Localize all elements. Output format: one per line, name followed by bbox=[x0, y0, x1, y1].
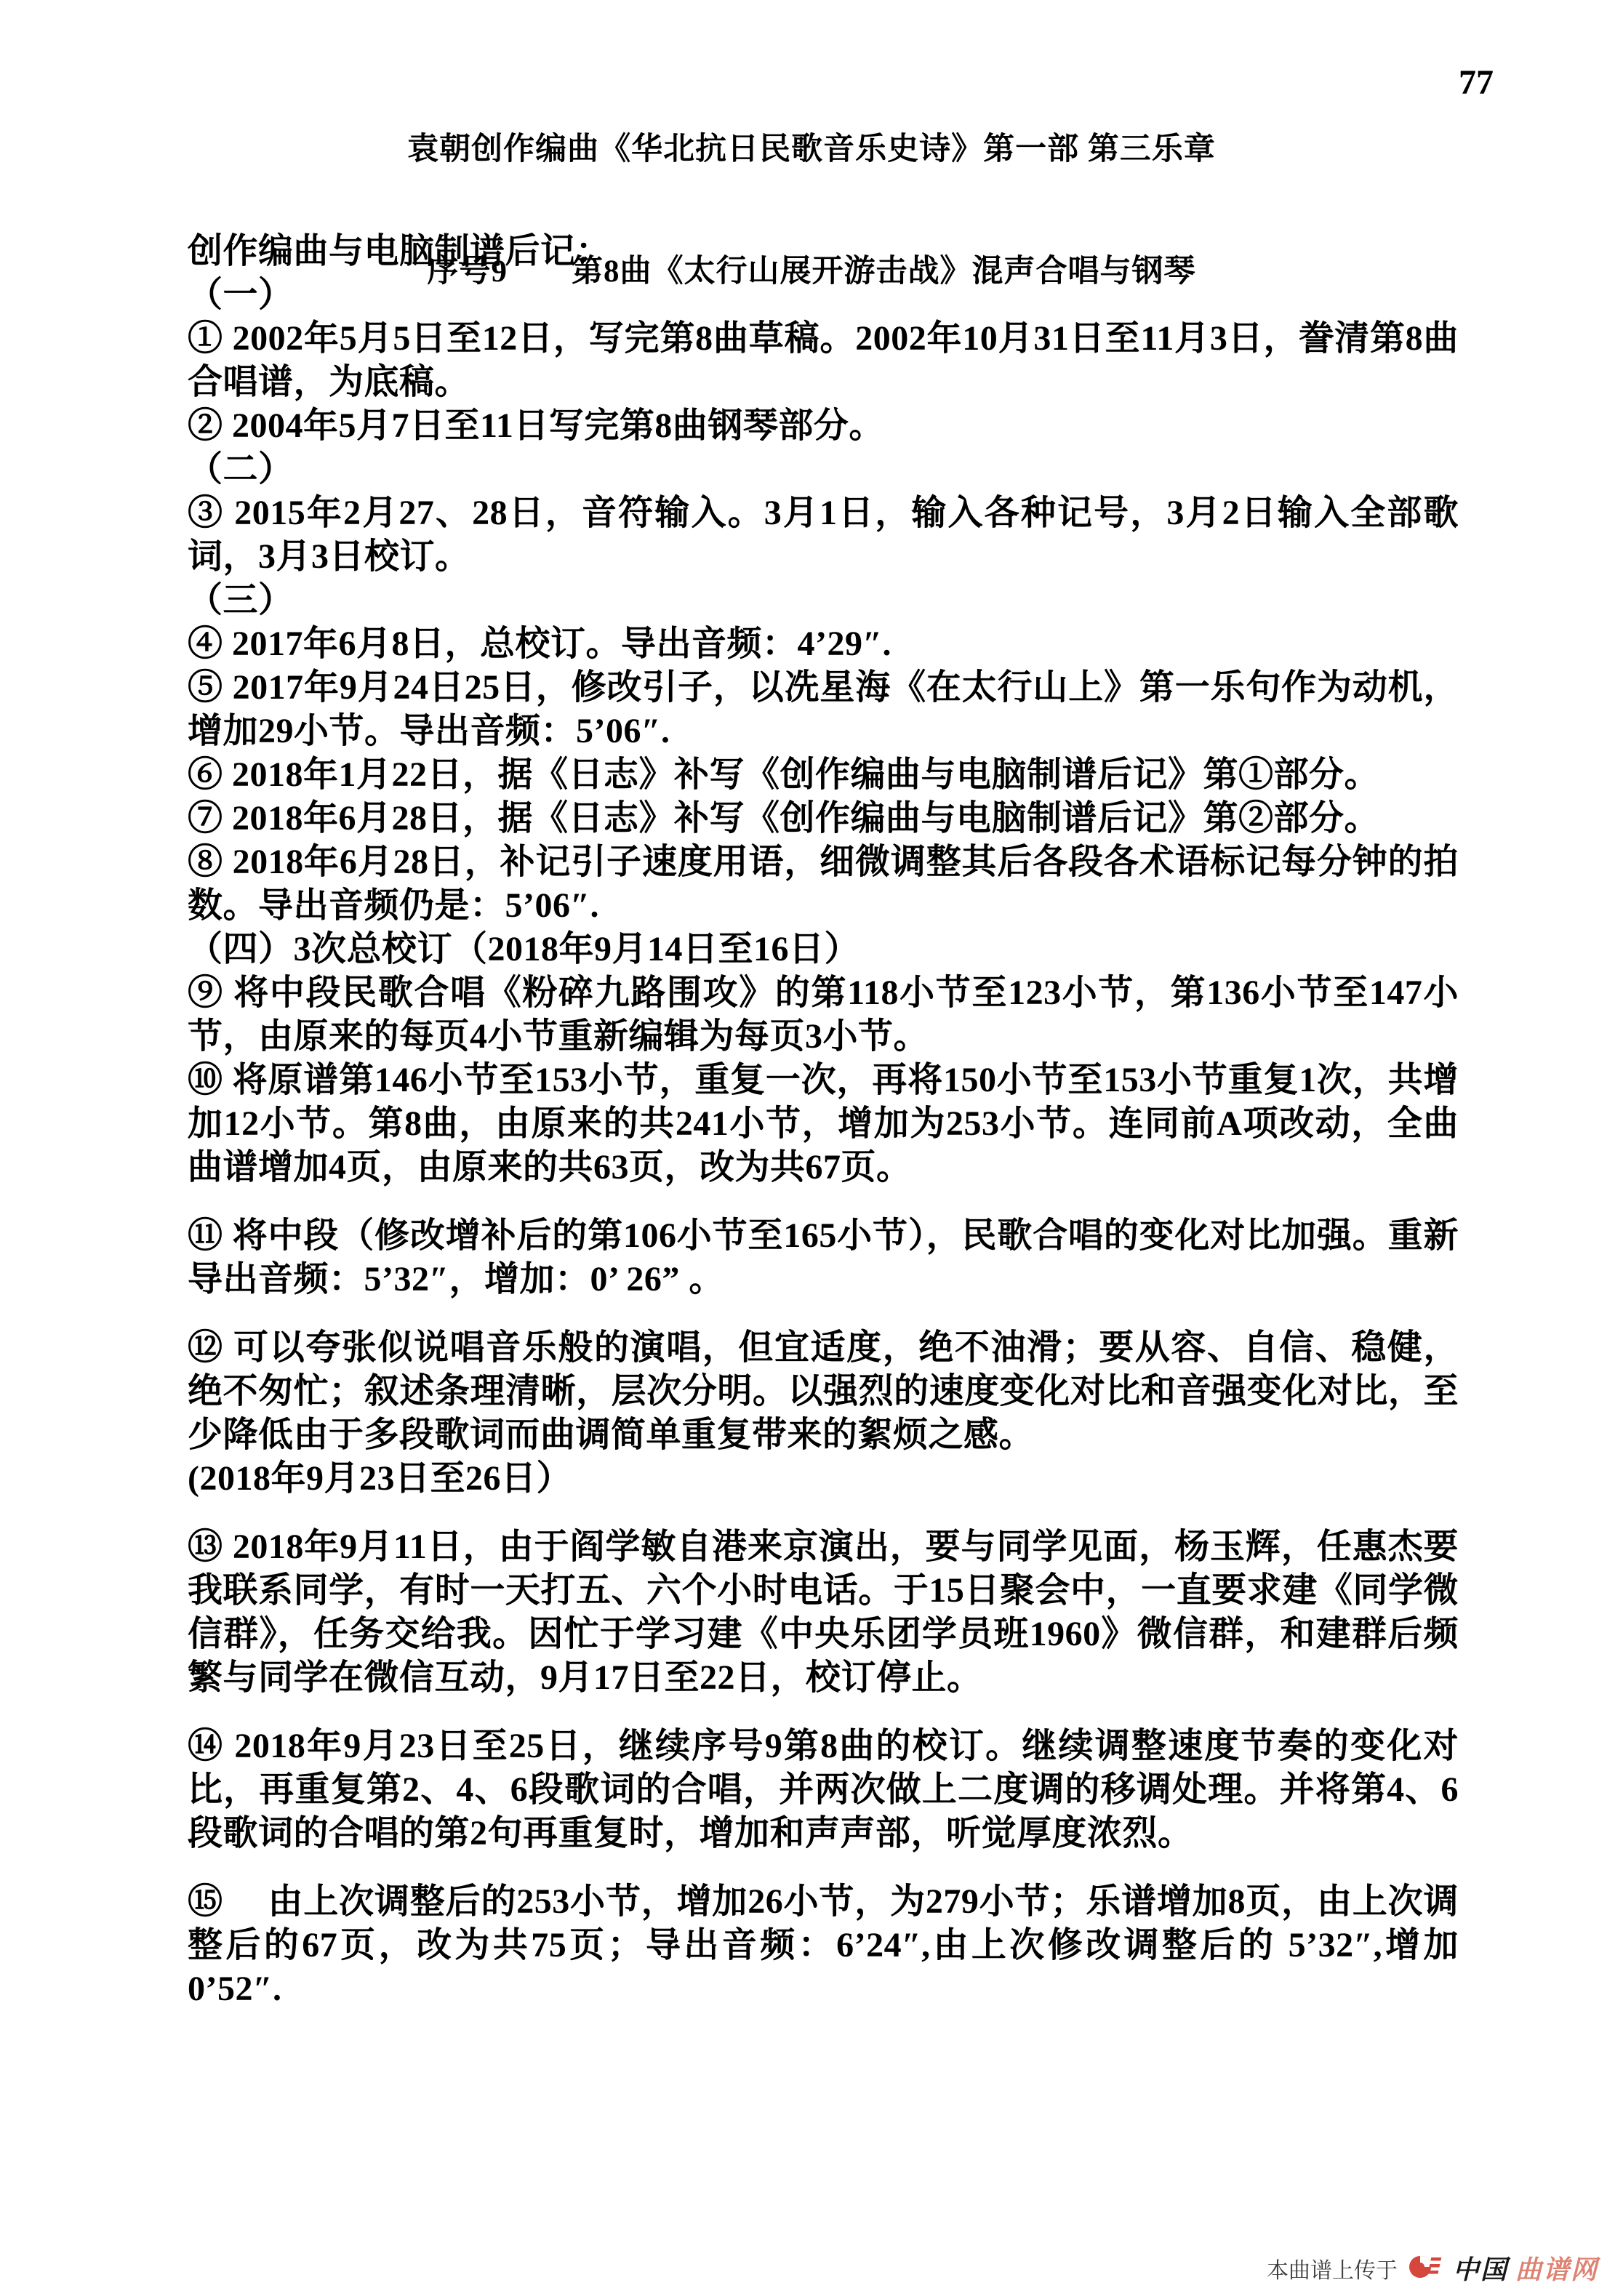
afterword-paragraph: （四）3次总校订（2018年9月14日至16日） bbox=[188, 928, 1459, 971]
qupu-logo-icon bbox=[1408, 2252, 1446, 2284]
afterword-paragraph: ⑩ 将原谱第146小节至153小节，重复一次，再将150小节至153小节重复1次… bbox=[188, 1059, 1459, 1189]
brand-name-red: 曲谱网 bbox=[1515, 2249, 1598, 2287]
afterword-paragraph: ⑧ 2018年6月28日，补记引子速度用语，细微调整其后各段各术语标记每分钟的拍… bbox=[188, 840, 1459, 928]
afterword-paragraph: ⑬ 2018年9月11日，由于阎学敏自港来京演出，要与同学见面，杨玉辉，任惠杰要… bbox=[188, 1525, 1459, 1700]
afterword-paragraph: ② 2004年5月7日至11日写完第8曲钢琴部分。 bbox=[188, 404, 1459, 448]
page-number: 77 bbox=[1459, 63, 1494, 103]
afterword-paragraph: 创作编曲与电脑制谱后记： bbox=[188, 230, 1459, 273]
brand-name-black: 中国 bbox=[1453, 2249, 1508, 2287]
afterword-paragraph: ⑮ 由上次调整后的253小节，增加26小节，为279小节；乐谱增加8页，由上次调… bbox=[188, 1880, 1459, 2011]
afterword-paragraph: （三） bbox=[188, 579, 1459, 622]
score-book-page: 袁朝创作编曲《华北抗日民歌音乐史诗》第一部 第三乐章 序号9 第8曲《太行山展开… bbox=[0, 0, 1623, 2296]
header-line-1: 袁朝创作编曲《华北抗日民歌音乐史诗》第一部 第三乐章 bbox=[0, 129, 1623, 170]
site-watermark: 本曲谱上传于 中国 曲谱网 bbox=[1267, 2249, 1598, 2287]
afterword-paragraph: ① 2002年5月5日至12日，写完第8曲草稿。2002年10月31日至11月3… bbox=[188, 317, 1459, 404]
afterword-paragraph: ⑤ 2017年9月24日25日，修改引子，以冼星海《在太行山上》第一乐句作为动机… bbox=[188, 666, 1459, 753]
afterword-paragraph: （二） bbox=[188, 448, 1459, 491]
afterword-paragraph: ⑦ 2018年6月28日，据《日志》补写《创作编曲与电脑制谱后记》第②部分。 bbox=[188, 797, 1459, 840]
afterword-paragraph: ⑭ 2018年9月23日至25日，继续序号9第8曲的校订。继续调整速度节奏的变化… bbox=[188, 1725, 1459, 1855]
afterword-paragraph: ④ 2017年6月8日，总校订。导出音频：4’29″. bbox=[188, 622, 1459, 666]
afterword-paragraph: （一） bbox=[188, 273, 1459, 317]
afterword-paragraph: ③ 2015年2月27、28日，音符输入。3月1日，输入各种记号，3月2日输入全… bbox=[188, 491, 1459, 579]
afterword-paragraph: ⑫ 可以夸张似说唱音乐般的演唱，但宜适度，绝不油滑；要从容、自信、稳健，绝不匆忙… bbox=[188, 1326, 1459, 1457]
afterword-paragraph: ⑨ 将中段民歌合唱《粉碎九路围攻》的第118小节至123小节，第136小节至14… bbox=[188, 971, 1459, 1059]
watermark-prefix-label: 本曲谱上传于 bbox=[1267, 2252, 1398, 2284]
afterword-paragraph: ⑥ 2018年1月22日，据《日志》补写《创作编曲与电脑制谱后记》第①部分。 bbox=[188, 753, 1459, 797]
afterword-text: 创作编曲与电脑制谱后记：（一）① 2002年5月5日至12日，写完第8曲草稿。2… bbox=[188, 230, 1459, 2011]
afterword-paragraph: ⑪ 将中段（修改增补后的第106小节至165小节），民歌合唱的变化对比加强。重新… bbox=[188, 1214, 1459, 1301]
afterword-paragraph: (2018年9月23日至26日） bbox=[188, 1457, 1459, 1501]
